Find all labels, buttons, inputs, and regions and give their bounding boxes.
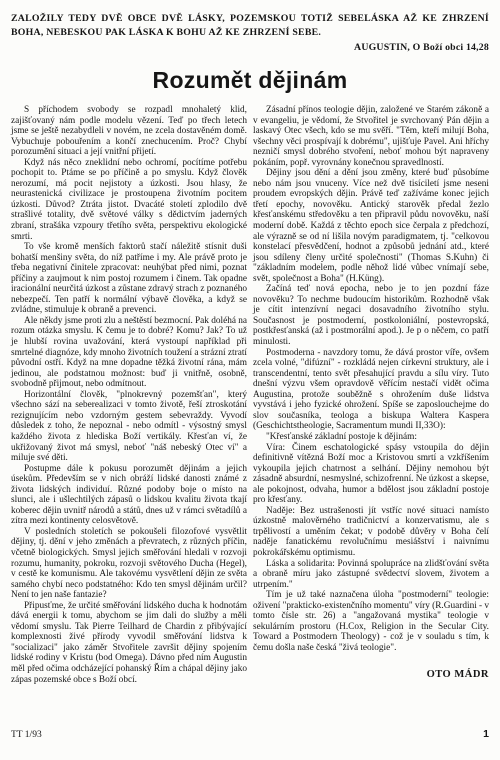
paragraph: "Křesťanské základní postoje k dějinám: <box>253 432 489 443</box>
left-column: S příchodem svobody se rozpadl mnohaletý… <box>11 105 247 685</box>
page-number: 1 <box>483 728 489 740</box>
author-signature: OTO MÁDR <box>253 669 489 680</box>
paragraph: S příchodem svobody se rozpadl mnohaletý… <box>11 105 247 158</box>
paragraph: Začíná teď nová epocha, nebo je to jen p… <box>253 284 489 347</box>
paragraph: V posledních stoletích se pokoušeli filo… <box>11 527 247 601</box>
paragraph: Připusťme, že určité směřování lidského … <box>11 601 247 685</box>
journal-issue-label: TT 1/93 <box>11 730 42 740</box>
paragraph: Víra: Činem eschatologické spásy vstoupi… <box>253 443 489 506</box>
paragraph: To vše kromě menších faktorů stačí nálež… <box>11 242 247 316</box>
right-column: Zásadní přínos teologie dějin, založené … <box>253 105 489 685</box>
epigraph-attribution: AUGUSTIN, O Boží obci 14,28 <box>11 42 489 54</box>
epigraph-quote: ZALOŽILY TEDY DVĚ OBCE DVĚ LÁSKY, POZEMS… <box>11 12 489 39</box>
paragraph: Naděje: Bez ustrašenosti jít vstříc nové… <box>253 506 489 559</box>
paragraph: Když nás něco zneklidní nebo ochromí, po… <box>11 158 247 242</box>
paragraph: Tím je už také naznačena úloha "postmode… <box>253 590 489 653</box>
paragraph: Láska a solidarita: Povinná spolupráce n… <box>253 559 489 591</box>
paragraph: Zásadní přínos teologie dějin, založené … <box>253 105 489 168</box>
paragraph: Postupme dále k pokusu porozumět dějinám… <box>11 464 247 527</box>
article-body: S příchodem svobody se rozpadl mnohaletý… <box>11 105 489 685</box>
page-title: Rozumět dějinám <box>11 67 489 94</box>
paragraph: Horizontální člověk, "plnokrevný pozemšť… <box>11 390 247 464</box>
journal-page: ZALOŽILY TEDY DVĚ OBCE DVĚ LÁSKY, POZEMS… <box>0 0 500 760</box>
paragraph: Postmoderna - navzdory tomu, že dává pro… <box>253 348 489 432</box>
paragraph: Dějiny jsou dění a dění jsou změny, kter… <box>253 168 489 284</box>
paragraph: Ale někdy jsme proti zlu a neštěstí bezm… <box>11 316 247 390</box>
page-footer: TT 1/93 1 <box>11 728 489 740</box>
